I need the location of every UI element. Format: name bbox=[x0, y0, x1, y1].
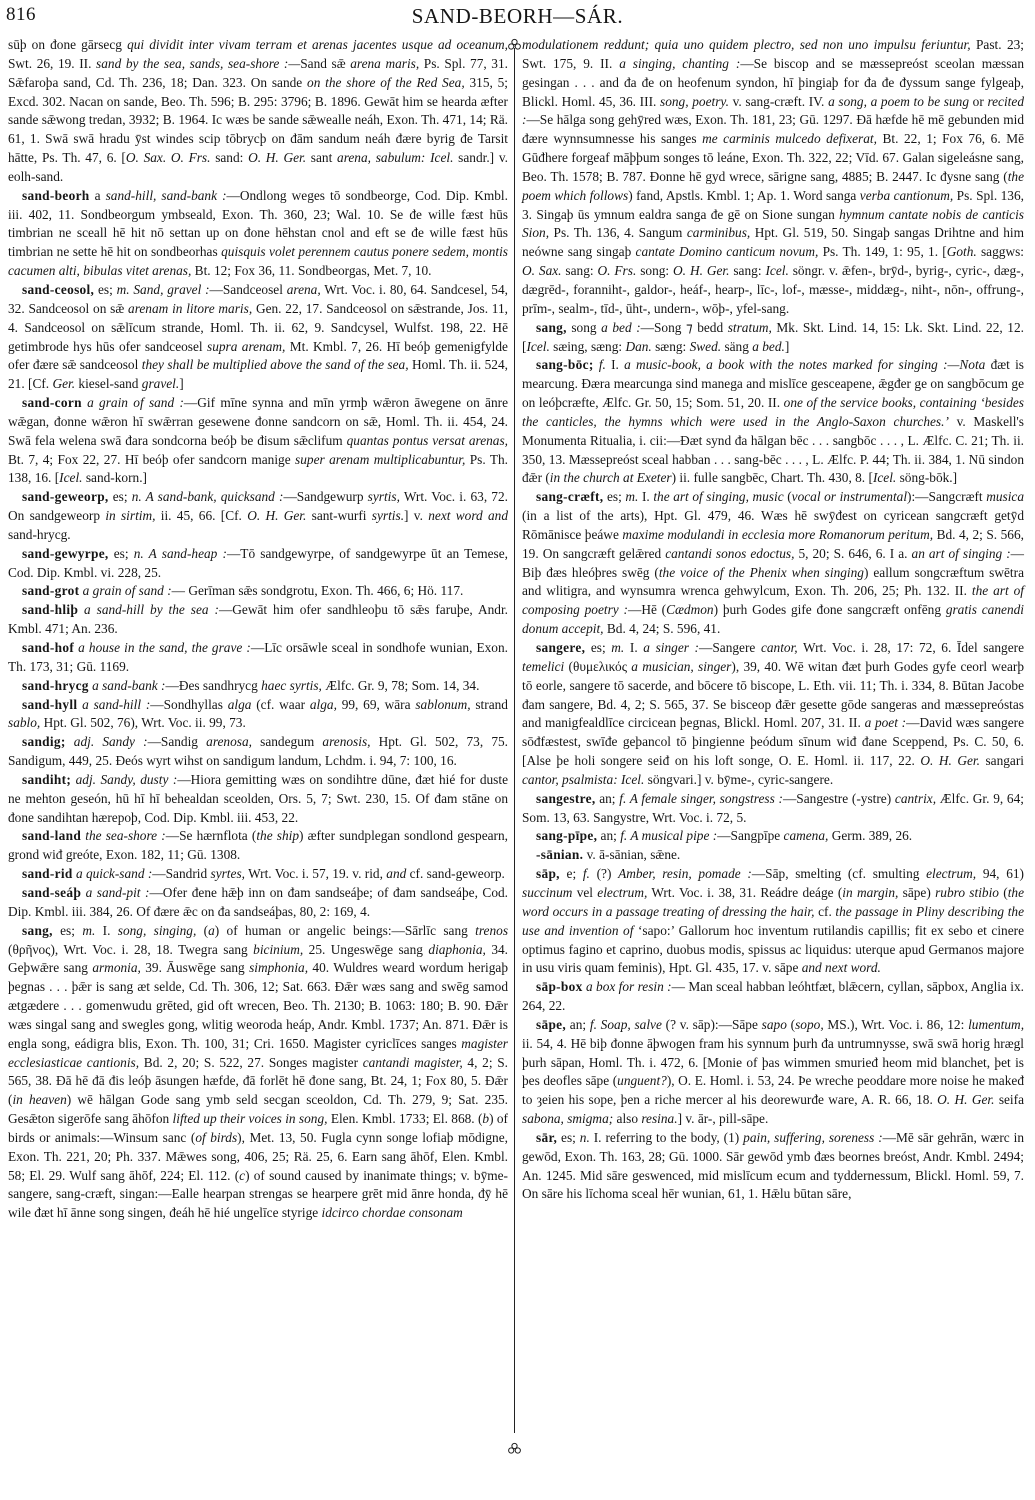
entry-text bbox=[66, 734, 74, 749]
definition-italic-text: sablo, bbox=[8, 715, 40, 730]
dictionary-entry: sāp-box a box for resin :— Man sceal hab… bbox=[522, 978, 1024, 1016]
entry-text: es; bbox=[94, 282, 116, 297]
entry-text: I. bbox=[95, 923, 117, 938]
entry-headword: sangere, bbox=[536, 640, 585, 655]
definition-italic-text: verba cantionum, bbox=[860, 188, 953, 203]
definition-italic-text: gravel. bbox=[142, 376, 179, 391]
entry-headword: sang, bbox=[536, 320, 567, 335]
entry-text: vel bbox=[572, 885, 597, 900]
definition-italic-text: n. A sand-heap : bbox=[134, 546, 227, 561]
definition-italic-text: a song, a poem to be sung bbox=[828, 94, 969, 109]
entry-headword: sangestre, bbox=[536, 791, 595, 806]
definition-italic-text: they shall be multiplied above the sand … bbox=[142, 357, 409, 372]
dictionary-entry: sandig; adj. Sandy :—Sandig arenosa, san… bbox=[8, 733, 508, 771]
entry-headword: sand-rid bbox=[22, 866, 73, 881]
entry-text: sāpe) bbox=[898, 885, 935, 900]
entry-headword: sand-seáþ bbox=[22, 885, 81, 900]
entry-text: es; bbox=[603, 489, 625, 504]
entry-text: song: bbox=[636, 263, 673, 278]
entry-text: es; bbox=[585, 640, 611, 655]
definition-italic-text: cantate Domino canticum novum, bbox=[636, 244, 819, 259]
definition-italic-text: m. bbox=[611, 640, 624, 655]
definition-italic-text: haec syrtis, bbox=[261, 678, 322, 693]
entry-headword: sandig; bbox=[22, 734, 66, 749]
definition-italic-text: rubro stibio bbox=[935, 885, 999, 900]
definition-italic-text: n. bbox=[580, 1130, 590, 1145]
definition-italic-text: alga bbox=[228, 697, 252, 712]
definition-italic-text: f. A female singer, songstress : bbox=[619, 791, 783, 806]
entry-text: söngvari.] v. bȳme-, cyric-sangere. bbox=[644, 772, 833, 787]
definition-italic-text: arenam in litore maris, bbox=[128, 301, 252, 316]
definition-italic-text: trenos bbox=[475, 923, 508, 938]
entry-headword: sand-grot bbox=[22, 583, 79, 598]
definition-italic-text: pain, suffering, soreness : bbox=[743, 1130, 883, 1145]
entry-text: —Sāp, smelting (cf. smulting bbox=[752, 866, 926, 881]
entry-text: es; bbox=[109, 489, 132, 504]
entry-text: —Se hærnflota ( bbox=[166, 828, 257, 843]
entry-headword: sand-land bbox=[22, 828, 81, 843]
definition-italic-text: modulationem reddunt; quia uno quidem pl… bbox=[522, 37, 971, 52]
entry-text: es; bbox=[109, 546, 134, 561]
definition-italic-text: arenosa, bbox=[206, 734, 252, 749]
definition-italic-text: bicinium, bbox=[253, 942, 303, 957]
definition-italic-text: temelici bbox=[522, 659, 564, 674]
definition-italic-text: cantandi magister, bbox=[363, 1055, 463, 1070]
entry-text: Sand sǣ bbox=[300, 56, 350, 71]
entry-text: (? v. sāp):—Sāpe bbox=[662, 1017, 762, 1032]
entry-headword: sār, bbox=[536, 1130, 557, 1145]
definition-italic-text: a singer : bbox=[643, 640, 699, 655]
right-column: modulationem reddunt; quia uno quidem pl… bbox=[522, 36, 1024, 1204]
dictionary-entry: sand-seáþ a sand-pit :—Ofer đene hǣþ inn… bbox=[8, 884, 508, 922]
entry-text: sūþ on đone gārsecg bbox=[8, 37, 127, 52]
entry-text: —Sandgewurp bbox=[283, 489, 367, 504]
definition-italic-text: O. H. Ger. bbox=[673, 263, 729, 278]
definition-italic-text: sabona, smigma; bbox=[522, 1111, 613, 1126]
entry-text: — Gerīman sǣs sondgrotu, Exon. Th. 466, … bbox=[172, 583, 464, 598]
entry-headword: sand-gewyrpe, bbox=[22, 546, 109, 561]
page-header: 816 SAND-BEORH—SÁR. bbox=[6, 4, 1029, 32]
definition-italic-text: cantor, psalmista: Icel. bbox=[522, 772, 644, 787]
entry-text: ) ii. fulle sangbēc, Chart. Th. 430, 8. … bbox=[672, 470, 873, 485]
dictionary-entry: sand-land the sea-shore :—Se hærnflota (… bbox=[8, 827, 508, 865]
entry-text: ) þurh Godes gife đone sangcræft onfēng bbox=[714, 602, 946, 617]
definition-italic-text: m. bbox=[82, 923, 95, 938]
definition-italic-text: in heaven bbox=[12, 1092, 66, 1107]
entry-text: an; bbox=[595, 791, 619, 806]
definition-italic-text: sopo, bbox=[795, 1017, 824, 1032]
definition-italic-text: syrtes, bbox=[211, 866, 245, 881]
definition-italic-text: cantandi sonos edoctus, bbox=[665, 546, 794, 561]
entry-headword: sang-pīpe, bbox=[536, 828, 597, 843]
entry-text: —Sangestre (-ystre) bbox=[783, 791, 895, 806]
entry-text: I. referring to the body, (1) bbox=[590, 1130, 743, 1145]
entry-continuation: sūþ on đone gārsecg qui dividit inter vi… bbox=[8, 36, 508, 187]
entry-text: —Sandrid bbox=[152, 866, 210, 881]
definition-italic-text: syrtis, bbox=[368, 489, 400, 504]
definition-italic-text: unguent? bbox=[617, 1073, 667, 1088]
definition-italic-text: a house in the sand, the grave : bbox=[78, 640, 251, 655]
definition-italic-text: Goth. bbox=[947, 244, 977, 259]
definition-italic-text: O. Sax. O. Frs. bbox=[126, 150, 211, 165]
definition-italic-text: Icel. bbox=[526, 339, 549, 354]
definition-italic-text: and next word. bbox=[802, 960, 881, 975]
entry-text: an; bbox=[597, 828, 620, 843]
definition-italic-text: arena maris, bbox=[350, 56, 419, 71]
entry-text: Ps. Th. 149, 1: 95, 1. [ bbox=[818, 244, 946, 259]
definition-italic-text: an art of singing : bbox=[912, 546, 1011, 561]
definition-italic-text: the sea-shore : bbox=[85, 828, 165, 843]
entry-text: I. bbox=[624, 640, 643, 655]
entry-text: sandegum bbox=[252, 734, 322, 749]
entry-text: sæng: bbox=[652, 339, 690, 354]
entry-headword: sang-bōc; bbox=[536, 357, 594, 372]
dictionary-entry: sand-gewyrpe, es; n. A sand-heap :—Tō sa… bbox=[8, 545, 508, 583]
definition-italic-text: a bed. bbox=[752, 339, 785, 354]
definition-italic-text: the voice of the Phenix when singing bbox=[659, 565, 864, 580]
entry-text: Wrt. Voc. i. 38, 31. Reádre deáge ( bbox=[647, 885, 842, 900]
definition-italic-text: cantor, bbox=[761, 640, 798, 655]
dictionary-entry: sang-cræft, es; m. I. the art of singing… bbox=[522, 488, 1024, 639]
definition-italic-text: O. H. Ger. bbox=[247, 508, 306, 523]
definition-italic-text: cantrix, bbox=[895, 791, 936, 806]
definition-italic-text: Swed. bbox=[690, 339, 722, 354]
entry-headword: sand-hof bbox=[22, 640, 74, 655]
definition-italic-text: Amber, resin, pomade : bbox=[618, 866, 752, 881]
definition-italic-text: m. Sand, gravel : bbox=[117, 282, 210, 297]
definition-italic-text: vocal or instrumental bbox=[792, 489, 907, 504]
entry-text: MS.), Wrt. Voc. i. 86, 12: bbox=[824, 1017, 968, 1032]
definition-italic-text: in the church at Exeter bbox=[550, 470, 672, 485]
definition-italic-text: O. Sax. bbox=[522, 263, 562, 278]
definition-italic-text: sand-hill, sand-bank : bbox=[106, 188, 227, 203]
entry-text: Swt. 26, 19. II. bbox=[8, 56, 96, 71]
entry-headword: sand-ceosol, bbox=[22, 282, 94, 297]
definition-italic-text: next word and bbox=[428, 508, 508, 523]
dictionary-entry: sand-corn a grain of sand :—Gif mīne syn… bbox=[8, 394, 508, 488]
definition-italic-text: m. bbox=[625, 489, 638, 504]
definition-italic-text: super arenam multiplicabuntur, bbox=[295, 452, 465, 467]
entry-text: I. bbox=[606, 357, 624, 372]
definition-italic-text: Dan. bbox=[625, 339, 651, 354]
dictionary-entry: sangestre, an; f. A female singer, songs… bbox=[522, 790, 1024, 828]
definition-italic-text: resina. bbox=[641, 1111, 677, 1126]
definition-italic-text: quantas pontus versat arenas, bbox=[347, 433, 508, 448]
dictionary-entry: sāp, e; f. (?) Amber, resin, pomade :—Sā… bbox=[522, 865, 1024, 978]
entry-text: —Đes sandhrycg bbox=[166, 678, 262, 693]
dictionary-entry: -sānian. v. ā-sānian, sǣne. bbox=[522, 846, 1024, 865]
entry-text: Bt. 7, 4; Fox 22, 27. Hī beóþ ofer sandc… bbox=[8, 452, 295, 467]
definition-italic-text: maxime modulandi in ecclesia more Romano… bbox=[622, 527, 933, 542]
entry-text: sant bbox=[306, 150, 337, 165]
entry-text: —Sondhyllas bbox=[150, 697, 227, 712]
definition-italic-text: Icel. bbox=[765, 263, 788, 278]
dictionary-entry: sār, es; n. I. referring to the body, (1… bbox=[522, 1129, 1024, 1204]
entry-text: sæing, sæng: bbox=[550, 339, 626, 354]
entry-text: (?) bbox=[590, 866, 618, 881]
trefoil-ornament-icon bbox=[507, 1442, 522, 1456]
entry-text: I. bbox=[638, 489, 653, 504]
definition-italic-text: O. H. Ger. bbox=[937, 1092, 994, 1107]
entry-text: seifa bbox=[994, 1092, 1024, 1107]
definition-italic-text: a poet : bbox=[865, 715, 907, 730]
dictionary-entry: sand-beorh a sand-hill, sand-bank :—Ondl… bbox=[8, 187, 508, 281]
entry-headword: sand-beorh bbox=[22, 188, 90, 203]
definition-italic-text: arena, bbox=[287, 282, 321, 297]
dictionary-entry: sand-hyll a sand-hill :—Sondhyllas alga … bbox=[8, 696, 508, 734]
entry-text: sang: bbox=[729, 263, 765, 278]
definition-italic-text: O. H. Ger. bbox=[248, 150, 306, 165]
definition-italic-text: Icel. bbox=[873, 470, 896, 485]
definition-italic-text: O. H. Ger. bbox=[920, 753, 980, 768]
entry-text: song bbox=[567, 320, 601, 335]
entry-headword: sāpe, bbox=[536, 1017, 566, 1032]
entry-text: —Hē ( bbox=[628, 602, 666, 617]
definition-italic-text: electrum, bbox=[597, 885, 647, 900]
definition-italic-text: lifted up their voices in song, bbox=[173, 1111, 328, 1126]
dictionary-entry: sangere, es; m. I. a singer :—Sangere ca… bbox=[522, 639, 1024, 790]
entry-text: ( bbox=[999, 885, 1008, 900]
definition-italic-text: f. A musical pipe : bbox=[620, 828, 717, 843]
definition-italic-text: a bed : bbox=[601, 320, 641, 335]
entry-text: 99, 69, wāra bbox=[337, 697, 415, 712]
entry-text: Bd. 2, 20; S. 522, 27. Songes magister bbox=[139, 1055, 363, 1070]
definition-italic-text: a box for resin : bbox=[586, 979, 672, 994]
entry-text: Elen. Kmbl. 1733; El. 868. ( bbox=[327, 1111, 482, 1126]
entry-headword: sang-cræft, bbox=[536, 489, 603, 504]
entry-text: ( bbox=[787, 1017, 795, 1032]
definition-italic-text: syrtis. bbox=[372, 508, 404, 523]
definition-italic-text: song, singing, bbox=[118, 923, 197, 938]
definition-italic-text: a sand-hill : bbox=[82, 697, 150, 712]
definition-italic-text: sand by the sea, sands, sea-shore :— bbox=[96, 56, 300, 71]
dictionary-entry: sang-bōc; f. I. a music-book, a book wit… bbox=[522, 356, 1024, 488]
entry-text: (θυμελικός bbox=[564, 659, 631, 674]
definition-italic-text: armonia, bbox=[92, 960, 141, 975]
dictionary-entry: sang-pīpe, an; f. A musical pipe :—Sangp… bbox=[522, 827, 1024, 846]
entry-headword: sand-geweorp, bbox=[22, 489, 109, 504]
entry-text: —Song ⁊ bedd bbox=[641, 320, 728, 335]
entry-headword: sāp, bbox=[536, 866, 560, 881]
entry-text: Hpt. Gl. 502, 76), Wrt. Voc. ii. 99, 73. bbox=[40, 715, 246, 730]
entry-text: e; bbox=[560, 866, 583, 881]
definition-italic-text: a musician, singer bbox=[631, 659, 731, 674]
definition-italic-text: on the shore of the Red Sea, bbox=[307, 75, 465, 90]
entry-text: ):—Sangcræft bbox=[907, 489, 986, 504]
dictionary-entry: sand-hrycg a sand-bank :—Đes sandhrycg h… bbox=[8, 677, 508, 696]
entry-text: es; bbox=[557, 1130, 580, 1145]
definition-italic-text: diaphonia, bbox=[428, 942, 485, 957]
definition-italic-text: and bbox=[386, 866, 406, 881]
entry-text: a bbox=[90, 188, 106, 203]
entry-text: ] bbox=[785, 339, 789, 354]
definition-italic-text: adj. Sandy : bbox=[74, 734, 148, 749]
entry-text: ii. 45, 66. [Cf. bbox=[155, 508, 247, 523]
entry-text: —Sangpīpe bbox=[717, 828, 783, 843]
entry-text: 39. Āuswēge sang bbox=[141, 960, 249, 975]
definition-italic-text: Ger. bbox=[52, 376, 75, 391]
definition-italic-text: musica bbox=[986, 489, 1024, 504]
entry-text: —Sangere bbox=[699, 640, 761, 655]
dictionary-entry: sandiht; adj. Sandy, dusty :—Hiora gemit… bbox=[8, 771, 508, 828]
definition-italic-text: Icel. bbox=[59, 470, 82, 485]
entry-text: Ælfc. Gr. 9, 78; Som. 14, 34. bbox=[322, 678, 480, 693]
dictionary-entry: sand-grot a grain of sand :— Gerīman sǣs… bbox=[8, 582, 508, 601]
definition-italic-text: of birds bbox=[195, 1130, 237, 1145]
definition-italic-text: alga, bbox=[310, 697, 337, 712]
definition-italic-text: the ship bbox=[256, 828, 299, 843]
entry-headword: sandiht; bbox=[22, 772, 71, 787]
entry-text: —Sandig bbox=[148, 734, 207, 749]
column-divider bbox=[514, 48, 515, 1433]
entry-text: Bd. 4, 24; S. 596, 41. bbox=[604, 621, 721, 636]
definition-italic-text: electrum, bbox=[926, 866, 976, 881]
entry-text: cf. bbox=[814, 904, 835, 919]
entry-text: Bt. 12; Fox 36, 11. Sondbeorgas, Met. 7,… bbox=[191, 263, 431, 278]
entry-text: Wrt. Voc. i. 57, 19. v. rid, bbox=[245, 866, 386, 881]
definition-italic-text: qui dividit inter vivam terram et arenas… bbox=[127, 37, 508, 52]
entry-text: sand: bbox=[210, 150, 248, 165]
definition-italic-text: lumentum, bbox=[968, 1017, 1024, 1032]
definition-italic-text: a sand-pit : bbox=[86, 885, 150, 900]
entry-text: ] v. ār-, pill-sāpe. bbox=[678, 1111, 769, 1126]
entry-text: 25. Ungeswēge sang bbox=[303, 942, 428, 957]
definition-italic-text: me carminis mulcedo defixerat, bbox=[702, 131, 877, 146]
definition-italic-text: idcirco chordae consonam bbox=[322, 1205, 463, 1220]
definition-italic-text: a bbox=[208, 923, 215, 938]
entry-headword: -sānian. bbox=[536, 847, 583, 862]
definition-italic-text: succinum bbox=[522, 885, 572, 900]
dictionary-entry: sang, song a bed :—Song ⁊ bedd stratum, … bbox=[522, 319, 1024, 357]
entry-text: cf. sand-geweorp. bbox=[406, 866, 505, 881]
entry-text: also bbox=[613, 1111, 641, 1126]
definition-italic-text: a quick-sand : bbox=[76, 866, 152, 881]
dictionary-entry: sand-ceosol, es; m. Sand, gravel :—Sandc… bbox=[8, 281, 508, 394]
definition-italic-text: f. bbox=[583, 866, 590, 881]
definition-italic-text: arenosis, bbox=[322, 734, 370, 749]
entry-text: ) fand, Apstls. Kmbl. 1; Ap. 1. Word san… bbox=[628, 188, 860, 203]
entry-text: sangari bbox=[980, 753, 1024, 768]
running-title: SAND-BEORH—SÁR. bbox=[6, 4, 1029, 29]
entry-text: v. sang-cræft. IV. bbox=[729, 94, 828, 109]
entry-headword: sand-corn bbox=[22, 395, 82, 410]
entry-text: Wrt. Voc. i. 28, 17: 72, 6. Īdel sangere bbox=[798, 640, 1024, 655]
entry-text: v. ā-sānian, sǣne. bbox=[583, 847, 680, 862]
definition-italic-text: in sirtim, bbox=[105, 508, 155, 523]
dictionary-entry: sang, es; m. I. song, singing, (a) of hu… bbox=[8, 922, 508, 1224]
definition-italic-text: carminibus, bbox=[687, 225, 750, 240]
entry-text: ) of human or angelic beings:—Sārlīc san… bbox=[215, 923, 475, 938]
definition-italic-text: song, poetry. bbox=[660, 94, 729, 109]
entry-text: es; bbox=[53, 923, 83, 938]
definition-italic-text: supra arenam, bbox=[207, 339, 285, 354]
definition-italic-text: n. A sand-bank, quicksand : bbox=[132, 489, 284, 504]
dictionary-entry: sand-geweorp, es; n. A sand-bank, quicks… bbox=[8, 488, 508, 545]
dictionary-columns: sūþ on đone gārsecg qui dividit inter vi… bbox=[0, 36, 1035, 1436]
definition-italic-text: sablonum, bbox=[415, 697, 470, 712]
definition-italic-text: f. Soap, salve bbox=[590, 1017, 662, 1032]
entry-text: sand-hrycg. bbox=[8, 527, 71, 542]
definition-italic-text: a music-book, a book with the notes mark… bbox=[624, 357, 985, 372]
definition-italic-text: a singing, chanting : bbox=[619, 56, 740, 71]
entry-text: ( bbox=[196, 923, 208, 938]
dictionary-entry: sand-hof a house in the sand, the grave … bbox=[8, 639, 508, 677]
entry-headword: sāp-box bbox=[536, 979, 583, 994]
entry-text: (θρῆνος), Wrt. Voc. i. 28, 18. Twegra sa… bbox=[8, 942, 253, 957]
entry-text: kiesel-sand bbox=[75, 376, 142, 391]
definition-italic-text: f. bbox=[599, 357, 606, 372]
definition-italic-text: O. Frs. bbox=[598, 263, 637, 278]
dictionary-entry: sand-rid a quick-sand :—Sandrid syrtes, … bbox=[8, 865, 508, 884]
entry-text: sang: bbox=[562, 263, 598, 278]
entry-text: Ps. Th. 136, 4. Sangum bbox=[549, 225, 687, 240]
definition-italic-text: the art of singing, music bbox=[653, 489, 783, 504]
definition-italic-text: a sand-bank : bbox=[92, 678, 165, 693]
definition-italic-text: a grain of sand : bbox=[83, 583, 172, 598]
dictionary-entry: sand-hliþ a sand-hill by the sea :—Gewāt… bbox=[8, 601, 508, 639]
definition-italic-text: camena, bbox=[784, 828, 829, 843]
entry-text: sand-korn.] bbox=[83, 470, 147, 485]
definition-italic-text: in margin, bbox=[842, 885, 898, 900]
definition-italic-text: a sand-hill by the sea : bbox=[84, 602, 219, 617]
definition-italic-text: a grain of sand : bbox=[87, 395, 184, 410]
entry-text: ] bbox=[179, 376, 183, 391]
entry-text: säng bbox=[721, 339, 752, 354]
definition-italic-text: adj. Sandy, dusty : bbox=[76, 772, 178, 787]
entry-headword: sand-hliþ bbox=[22, 602, 78, 617]
entry-text: ] v. bbox=[404, 508, 428, 523]
definition-italic-text: simphonia, bbox=[249, 960, 308, 975]
entry-text: Germ. 389, 26. bbox=[828, 828, 912, 843]
definition-italic-text: sapo bbox=[762, 1017, 787, 1032]
definition-italic-text: arena, sabulum: Icel. bbox=[337, 150, 453, 165]
definition-italic-text: Cædmon bbox=[666, 602, 713, 617]
entry-text: strand bbox=[471, 697, 508, 712]
definition-italic-text: stratum, bbox=[728, 320, 772, 335]
entry-text: sant-wurfi bbox=[306, 508, 371, 523]
left-column: sūþ on đone gārsecg qui dividit inter vi… bbox=[8, 36, 508, 1223]
entry-headword: sand-hyll bbox=[22, 697, 77, 712]
entry-headword: sang, bbox=[22, 923, 53, 938]
entry-text: ( bbox=[784, 489, 792, 504]
entry-text: söng-bōk.] bbox=[896, 470, 957, 485]
dictionary-entry: sāpe, an; f. Soap, salve (? v. sāp):—Sāp… bbox=[522, 1016, 1024, 1129]
entry-text: or bbox=[969, 94, 987, 109]
entry-headword: sand-hrycg bbox=[22, 678, 89, 693]
entry-text: (cf. waar bbox=[251, 697, 309, 712]
entry-text: an; bbox=[566, 1017, 590, 1032]
entry-text: saggws: bbox=[977, 244, 1024, 259]
entry-text: —Sandceosel bbox=[210, 282, 287, 297]
entry-text: 5, 20; S. 646, 6. I a. bbox=[794, 546, 911, 561]
entry-continuation: modulationem reddunt; quia uno quidem pl… bbox=[522, 36, 1024, 319]
entry-text: 94, 61) bbox=[976, 866, 1024, 881]
